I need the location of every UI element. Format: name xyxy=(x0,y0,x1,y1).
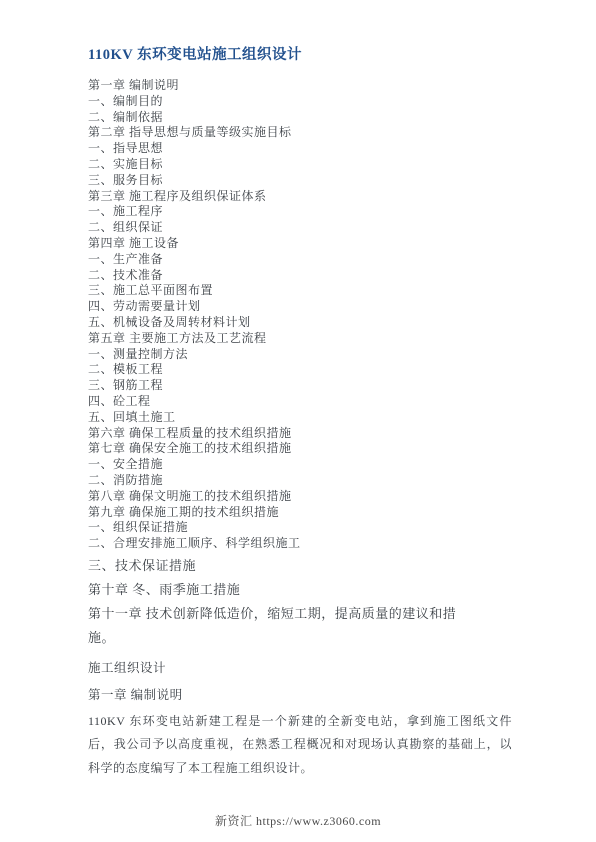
toc-entry: 一、生产准备 xyxy=(88,252,512,268)
toc-entry: 二、消防措施 xyxy=(88,473,512,489)
toc-entry: 一、安全措施 xyxy=(88,457,512,473)
toc-entry: 一、测量控制方法 xyxy=(88,347,512,363)
toc-entry: 一、施工程序 xyxy=(88,204,512,220)
toc-entry: 五、机械设备及周转材料计划 xyxy=(88,315,512,331)
footer-site-name: 新资汇 xyxy=(215,814,253,828)
toc-entry: 三、服务目标 xyxy=(88,173,512,189)
chapter-heading: 第一章 编制说明 xyxy=(88,687,512,703)
toc-entry: 第七章 确保安全施工的技术组织措施 xyxy=(88,441,512,457)
page-footer: 新资汇 https://www.z3060.com xyxy=(0,812,596,829)
toc-entry: 第一章 编制说明 xyxy=(88,78,512,94)
section-title: 施工组织设计 xyxy=(88,660,512,676)
toc-entry: 第五章 主要施工方法及工艺流程 xyxy=(88,331,512,347)
toc-entry: 三、钢筋工程 xyxy=(88,378,512,394)
toc-entry: 二、技术准备 xyxy=(88,268,512,284)
table-of-contents: 第一章 编制说明一、编制目的二、编制依据第二章 指导思想与质量等级实施目标一、指… xyxy=(88,78,512,552)
toc-entry: 二、模板工程 xyxy=(88,362,512,378)
toc-entry: 第十章 冬、雨季施工措施 xyxy=(88,582,512,598)
toc-entry: 一、编制目的 xyxy=(88,94,512,110)
toc-entry: 施。 xyxy=(88,630,512,646)
toc-entry: 二、编制依据 xyxy=(88,110,512,126)
toc-entry: 第八章 确保文明施工的技术组织措施 xyxy=(88,489,512,505)
toc-entry: 第二章 指导思想与质量等级实施目标 xyxy=(88,125,512,141)
toc-entry: 四、劳动需要量计划 xyxy=(88,299,512,315)
toc-entry: 第四章 施工设备 xyxy=(88,236,512,252)
toc-entry: 三、施工总平面图布置 xyxy=(88,283,512,299)
toc-entry: 一、指导思想 xyxy=(88,141,512,157)
toc-entry: 五、回填土施工 xyxy=(88,410,512,426)
table-of-contents-spaced: 三、技术保证措施第十章 冬、雨季施工措施第十一章 技术创新降低造价，缩短工期，提… xyxy=(88,558,512,646)
toc-entry: 二、组织保证 xyxy=(88,220,512,236)
toc-entry: 三、技术保证措施 xyxy=(88,558,512,574)
toc-entry: 二、实施目标 xyxy=(88,157,512,173)
toc-entry: 第十一章 技术创新降低造价，缩短工期，提高质量的建议和措 xyxy=(88,606,512,622)
document-title: 110KV 东环变电站施工组织设计 xyxy=(88,46,512,65)
document-content: 110KV 东环变电站施工组织设计 第一章 编制说明一、编制目的二、编制依据第二… xyxy=(88,46,512,780)
toc-entry: 第三章 施工程序及组织保证体系 xyxy=(88,189,512,205)
toc-entry: 第六章 确保工程质量的技术组织措施 xyxy=(88,426,512,442)
toc-entry: 四、砼工程 xyxy=(88,394,512,410)
toc-entry: 二、合理安排施工顺序、科学组织施工 xyxy=(88,536,512,552)
toc-entry: 第九章 确保施工期的技术组织措施 xyxy=(88,505,512,521)
document-page: 110KV 东环变电站施工组织设计 第一章 编制说明一、编制目的二、编制依据第二… xyxy=(0,0,596,842)
footer-url: https://www.z3060.com xyxy=(256,814,381,828)
toc-entry: 一、组织保证措施 xyxy=(88,520,512,536)
body-paragraph: 110KV 东环变电站新建工程是一个新建的全新变电站，拿到施工图纸文件后，我公司… xyxy=(88,710,512,781)
